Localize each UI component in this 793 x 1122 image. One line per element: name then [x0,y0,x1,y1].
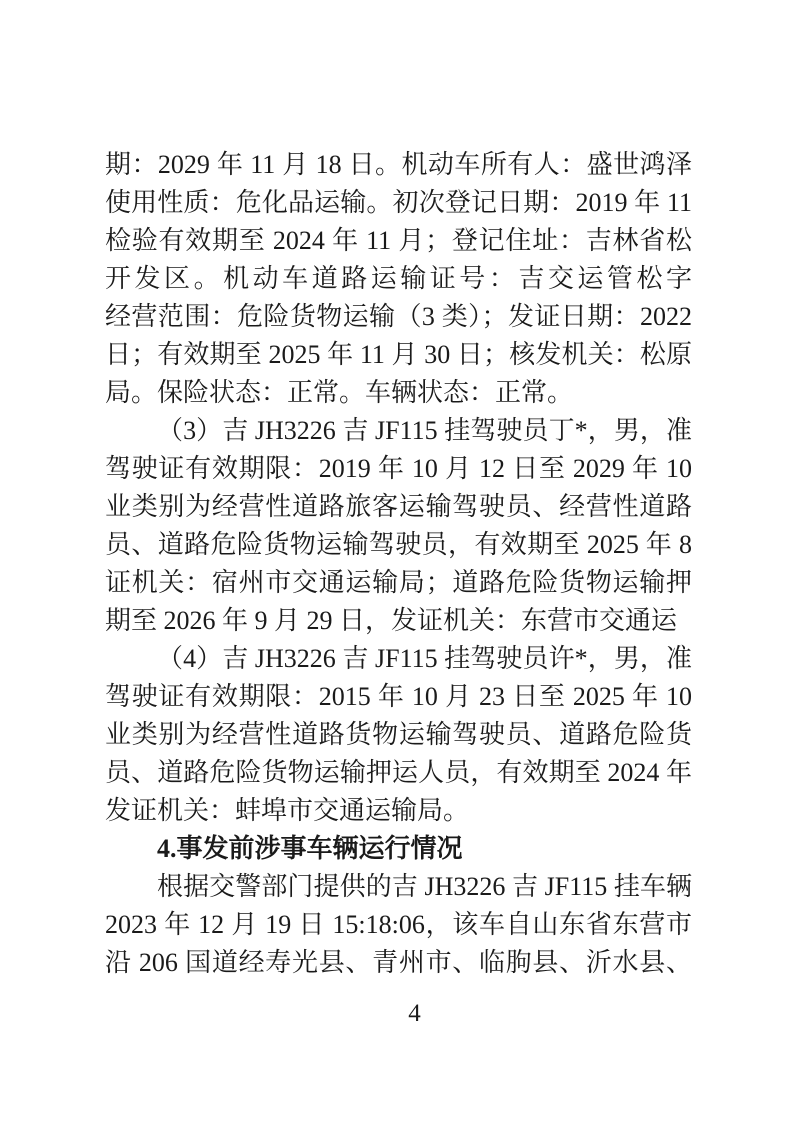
text-line: 使用性质：危化品运输。初次登记日期：2019 年 11 月 18 日； [105,184,692,222]
text-line: 业类别为经营性道路旅客运输驾驶员、经营性道路货物运输驾驶 [105,488,692,526]
text-line: （3）吉 JH3226 吉 JF115 挂驾驶员丁*，男，准驾车型 A2， [105,412,692,450]
page-number: 4 [18,1000,793,1028]
text-line: 4.事发前涉事车辆运行情况 [105,830,692,868]
text-line: 业类别为经营性道路货物运输驾驶员、道路危险货物运输驾驶 [105,716,692,754]
text-line: 驾驶证有效期限：2019 年 10 月 12 日至 2029 年 10 月 12… [105,450,692,488]
document-page: 期：2029 年 11 月 18 日。机动车所有人：盛世鸿泽物流公司；使用性质：… [0,0,793,1122]
text-line: 日；有效期至 2025 年 11 月 30 日；核发机关：松原市交通运输 [105,336,692,374]
text-line: 发证机关：蚌埠市交通运输局。 [105,792,692,830]
document-body: 期：2029 年 11 月 18 日。机动车所有人：盛世鸿泽物流公司；使用性质：… [105,146,692,982]
text-line: 根据交警部门提供的吉 JH3226 吉 JF115 挂车辆轨迹信息， [105,868,692,906]
text-line: 2023 年 12 月 19 日 15:18:06，该车自山东省东营市广饶县出发… [105,906,692,944]
text-line: 员、道路危险货物运输押运人员，有效期至 2024 年 7 月 12 日， [105,754,692,792]
text-line: 检验有效期至 2024 年 11 月；登记住址：吉林省松原市经济技术 [105,222,692,260]
text-line: 驾驶证有效期限：2015 年 10 月 23 日至 2025 年 10 月 23… [105,678,692,716]
text-line: 证机关：宿州市交通运输局；道路危险货物运输押运人员，有效 [105,564,692,602]
text-line: （4）吉 JH3226 吉 JF115 挂驾驶员许*，男，准驾车型 A2， [105,640,692,678]
text-line: 员、道路危险货物运输驾驶员，有效期至 2025 年 8 月 13 日，发 [105,526,692,564]
driver-ding-paragraph: （3）吉 JH3226 吉 JF115 挂驾驶员丁*，男，准驾车型 A2，驾驶证… [105,412,692,640]
text-line: 经营范围：危险货物运输（3 类）；发证日期：2022 年 10 月 20 [105,298,692,336]
vehicle-track-paragraph: 根据交警部门提供的吉 JH3226 吉 JF115 挂车辆轨迹信息，2023 年… [105,868,692,982]
section-heading-4: 4.事发前涉事车辆运行情况 [105,830,692,868]
text-line: 开发区。机动车道路运输证号：吉交运管松字 220700201233 号； [105,260,692,298]
text-line: 局。保险状态：正常。车辆状态：正常。 [105,374,692,412]
vehicle-registration-continuation: 期：2029 年 11 月 18 日。机动车所有人：盛世鸿泽物流公司；使用性质：… [105,146,692,412]
text-line: 期：2029 年 11 月 18 日。机动车所有人：盛世鸿泽物流公司； [105,146,692,184]
text-line: 沿 206 国道经寿光县、青州市、临朐县、沂水县、临沂市兰山区、 [105,944,692,982]
driver-xu-paragraph: （4）吉 JH3226 吉 JF115 挂驾驶员许*，男，准驾车型 A2，驾驶证… [105,640,692,830]
text-line: 期至 2026 年 9 月 29 日，发证机关：东营市交通运输局。 [105,602,692,640]
